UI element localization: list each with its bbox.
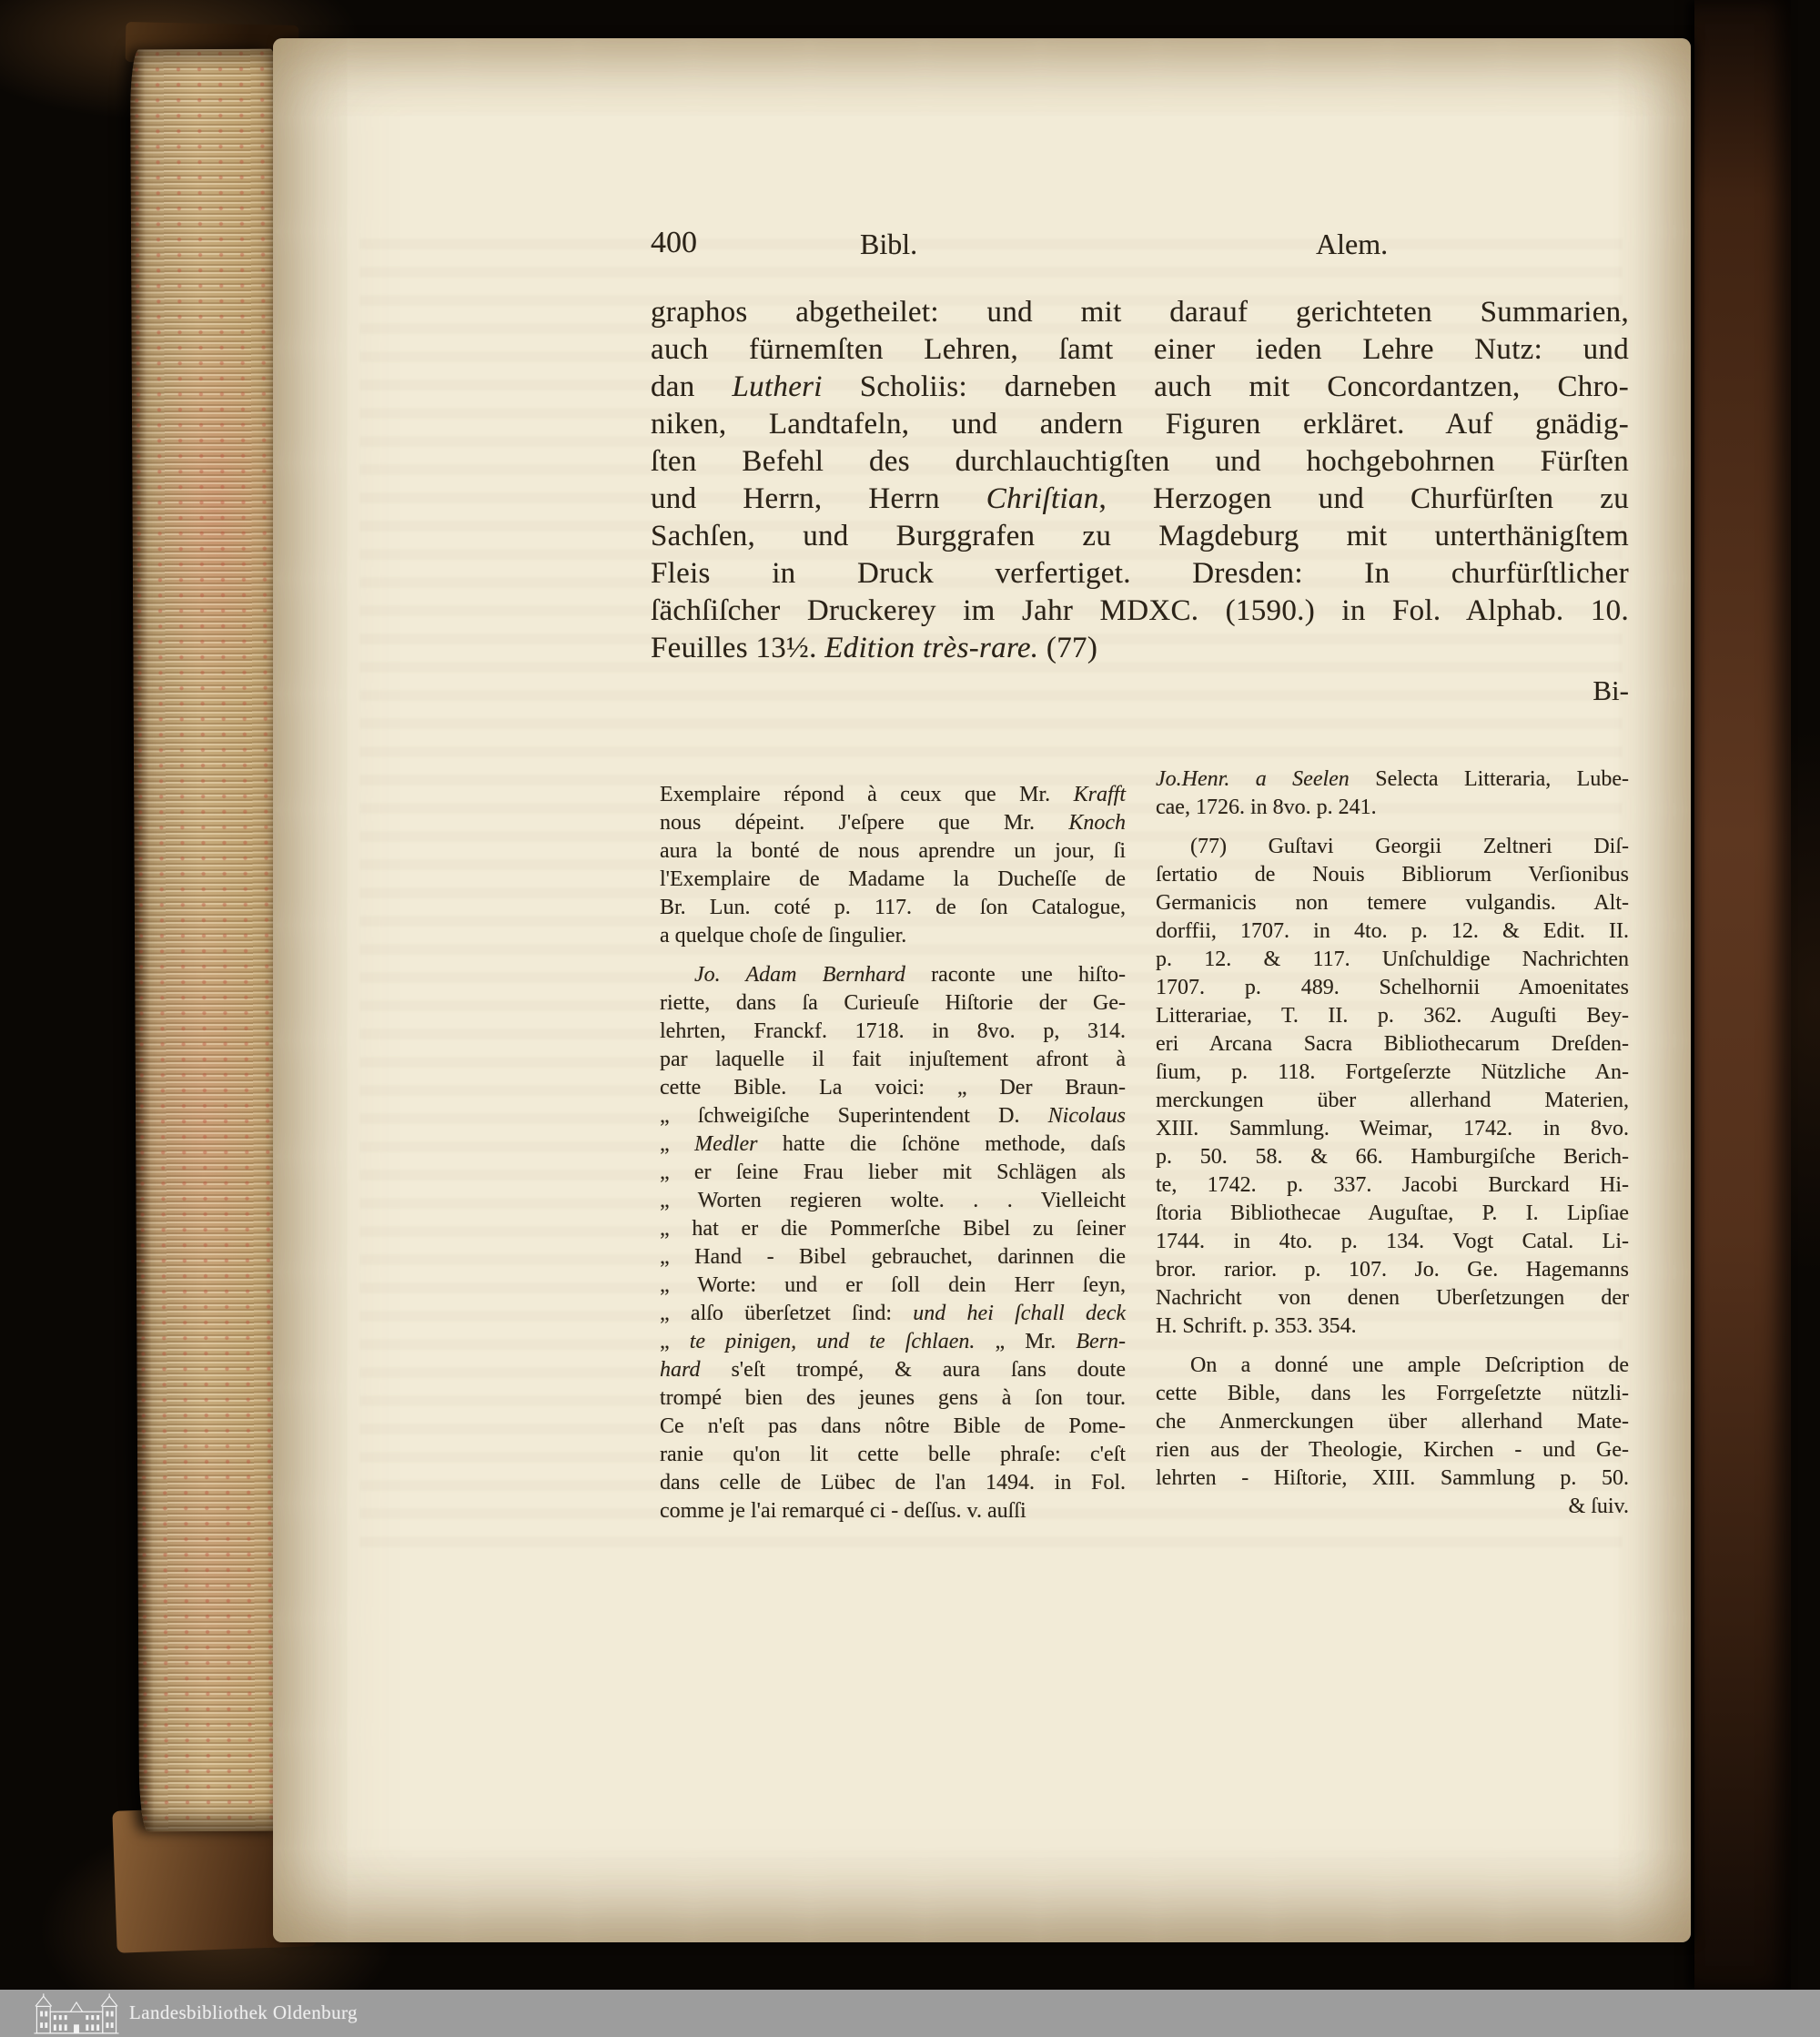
text-line: Exemplaire répond à ceux que Mr. Krafft xyxy=(660,781,1126,809)
paragraph: Jo. Adam Bernhard raconte une hiſto-riet… xyxy=(660,961,1126,1525)
book-page: 400 Bibl. Alem. graphos abgetheilet: und… xyxy=(273,38,1691,1942)
text-line: eri Arcana Sacra Bibliothecarum Dreſden- xyxy=(1156,1030,1629,1059)
library-building-icon xyxy=(33,1992,120,2035)
text-line: ſächſiſcher Druckerey im Jahr MDXC. (159… xyxy=(651,593,1629,630)
text-line: l'Exemplaire de Madame la Ducheſſe de xyxy=(660,866,1126,894)
text-line: Litterariae, T. II. p. 362. Auguſti Bey- xyxy=(1156,1002,1629,1030)
right-column: Jo.Henr. a Seelen Selecta Litteraria, Lu… xyxy=(1156,765,1629,1521)
text-line: che Anmerckungen über allerhand Mate- xyxy=(1156,1408,1629,1436)
paragraph: On a donné une ample Deſcription decette… xyxy=(1156,1352,1629,1521)
library-stamp-bar: Landesbibliothek Oldenburg xyxy=(0,1990,1820,2037)
text-line: und Herrn, Herrn Chriſtian, Herzogen und… xyxy=(651,481,1629,518)
text-line: „ Worten regieren wolte. . . Vielleicht xyxy=(660,1187,1126,1215)
text-line: p. 12. & 117. Unſchuldige Nachrichten xyxy=(1156,946,1629,974)
text-line: nous dépeint. J'eſpere que Mr. Knoch xyxy=(660,809,1126,837)
text-line: Sachſen, und Burggrafen zu Magdeburg mit… xyxy=(651,518,1629,555)
paragraph: Exemplaire répond à ceux que Mr. Krafftn… xyxy=(660,781,1126,950)
main-paragraph: graphos abgetheilet: und mit darauf geri… xyxy=(651,294,1629,667)
text-line: cae, 1726. in 8vo. p. 241. xyxy=(1156,794,1629,822)
text-line: bror. rarior. p. 107. Jo. Ge. Hagemanns xyxy=(1156,1256,1629,1284)
text-line: p. 50. 58. & 66. Hamburgiſche Berich- xyxy=(1156,1143,1629,1171)
text-line: ſium, p. 118. Fortgeſerzte Nützliche An- xyxy=(1156,1059,1629,1087)
text-line: riette, dans ſa Curieuſe Hiſtorie der Ge… xyxy=(660,989,1126,1018)
text-line: trompé bien des jeunes gens à ſon tour. xyxy=(660,1384,1126,1413)
text-line: & ſuiv. xyxy=(1156,1493,1629,1521)
catchword: Bi- xyxy=(1356,674,1629,707)
book-fore-edge xyxy=(130,49,288,1832)
text-line: graphos abgetheilet: und mit darauf geri… xyxy=(651,294,1629,331)
text-line: Germanicis non temere vulgandis. Alt- xyxy=(1156,889,1629,917)
text-line: Br. Lun. coté p. 117. de ſon Catalogue, xyxy=(660,894,1126,922)
text-line: ſtoria Bibliothecae Auguſtae, P. I. Lipſ… xyxy=(1156,1200,1629,1228)
text-line: Jo.Henr. a Seelen Selecta Litteraria, Lu… xyxy=(1156,765,1629,794)
text-line: cette Bible. La voici: „ Der Braun- xyxy=(660,1074,1126,1102)
text-line: On a donné une ample Deſcription de xyxy=(1156,1352,1629,1380)
running-title-left: Bibl. xyxy=(860,228,917,261)
text-line: aura la bonté de nous aprendre un jour, … xyxy=(660,837,1126,866)
text-line: „ te pinigen, und te ſchlaen. „ Mr. Bern… xyxy=(660,1328,1126,1356)
text-line: comme je l'ai remarqué ci - deſſus. v. a… xyxy=(660,1497,1126,1525)
text-line: „ Worte: und er ſoll dein Herr ſeyn, xyxy=(660,1272,1126,1300)
text-line: „ Hand - Bibel gebrauchet, darinnen die xyxy=(660,1243,1126,1272)
page-number: 400 xyxy=(651,226,697,260)
text-line: te, 1742. p. 337. Jacobi Burckard Hi- xyxy=(1156,1171,1629,1200)
text-line: ſten Befehl des durchlauchtigſten und ho… xyxy=(651,443,1629,481)
text-line: H. Schrift. p. 353. 354. xyxy=(1156,1312,1629,1341)
text-line: auch fürnemſten Lehren, ſamt einer ieden… xyxy=(651,331,1629,369)
text-line: merckungen über allerhand Materien, xyxy=(1156,1087,1629,1115)
text-line: rien aus der Theologie, Kirchen - und Ge… xyxy=(1156,1436,1629,1464)
text-line: lehrten - Hiſtorie, XIII. Sammlung p. 50… xyxy=(1156,1464,1629,1493)
text-line: Jo. Adam Bernhard raconte une hiſto- xyxy=(660,961,1126,989)
text-line: Nachricht von denen Uberſetzungen der xyxy=(1156,1284,1629,1312)
paragraph: Jo.Henr. a Seelen Selecta Litteraria, Lu… xyxy=(1156,765,1629,822)
text-line: dorffii, 1707. in 4to. p. 12. & Edit. II… xyxy=(1156,917,1629,946)
text-line: hard s'eſt trompé, & aura ſans doute xyxy=(660,1356,1126,1384)
text-line: „ er ſeine Frau lieber mit Schlägen als xyxy=(660,1159,1126,1187)
text-line: „ alſo überſetzet ſind: und hei ſchall d… xyxy=(660,1300,1126,1328)
left-column: Exemplaire répond à ceux que Mr. Krafftn… xyxy=(660,781,1126,1525)
text-line: cette Bible, dans les Forrgeſetzte nützl… xyxy=(1156,1380,1629,1408)
text-line: „ hat er die Pommerſche Bibel zu ſeiner xyxy=(660,1215,1126,1243)
book-photo: 400 Bibl. Alem. graphos abgetheilet: und… xyxy=(0,0,1820,2037)
text-line: ranie qu'on lit cette belle phraſe: c'eſ… xyxy=(660,1441,1126,1469)
book-cover-right-edge xyxy=(1694,0,1791,1990)
text-line: 1744. in 4to. p. 134. Vogt Catal. Li- xyxy=(1156,1228,1629,1256)
text-line: par laquelle il fait injuſtement afront … xyxy=(660,1046,1126,1074)
text-line: „ Medler hatte die ſchöne methode, daſs xyxy=(660,1130,1126,1159)
text-line: dan Lutheri Scholiis: darneben auch mit … xyxy=(651,369,1629,406)
running-title-right: Alem. xyxy=(1316,228,1388,261)
text-line: a quelque choſe de ſingulier. xyxy=(660,922,1126,950)
text-line: lehrten, Franckf. 1718. in 8vo. p, 314. xyxy=(660,1018,1126,1046)
text-line: „ ſchweigiſche Superintendent D. Nicolau… xyxy=(660,1102,1126,1130)
text-line: dans celle de Lübec de l'an 1494. in Fol… xyxy=(660,1469,1126,1497)
text-line: Feuilles 13½. Edition très-rare. (77) xyxy=(651,630,1629,667)
text-line: XIII. Sammlung. Weimar, 1742. in 8vo. xyxy=(1156,1115,1629,1143)
paragraph: graphos abgetheilet: und mit darauf geri… xyxy=(651,294,1629,667)
library-stamp-label: Landesbibliothek Oldenburg xyxy=(129,1990,358,2037)
text-line: ſertatio de Nouis Bibliorum Verſionibus xyxy=(1156,861,1629,889)
text-line: (77) Guſtavi Georgii Zeltneri Diſ- xyxy=(1156,833,1629,861)
text-line: 1707. p. 489. Schelhornii Amoenitates xyxy=(1156,974,1629,1002)
text-line: Fleis in Druck verfertiget. Dresden: In … xyxy=(651,555,1629,593)
text-line: niken, Landtafeln, und andern Figuren er… xyxy=(651,406,1629,443)
paragraph: (77) Guſtavi Georgii Zeltneri Diſ-ſertat… xyxy=(1156,833,1629,1341)
text-line: Ce n'eſt pas dans nôtre Bible de Pome- xyxy=(660,1413,1126,1441)
